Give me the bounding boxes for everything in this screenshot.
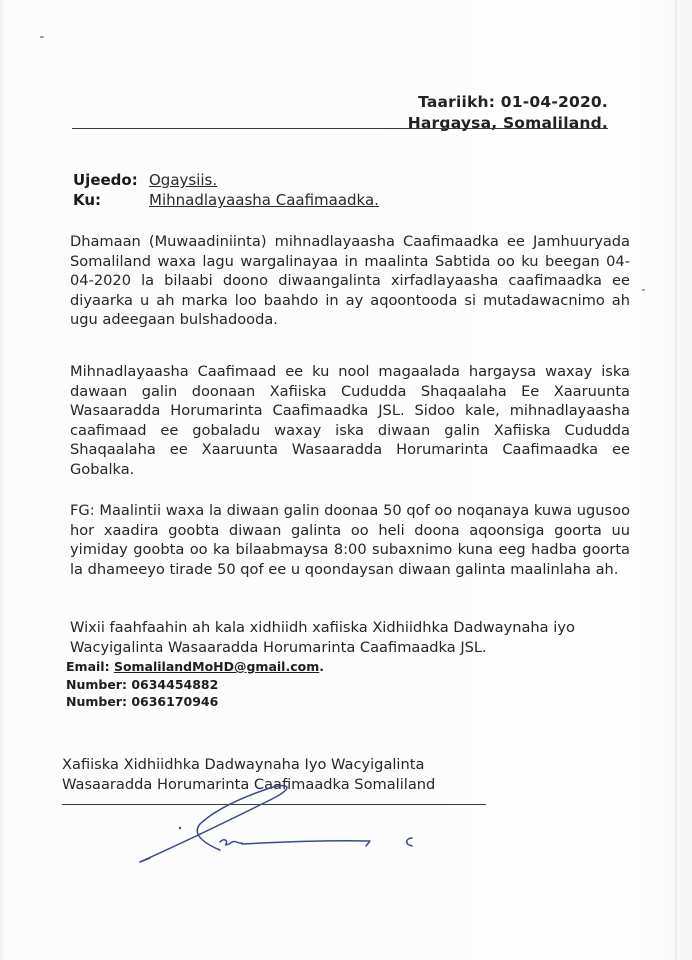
email-link[interactable]: SomalilandMoHD@gmail.com [114, 659, 319, 674]
phone-line: Number: 0636170946 [66, 693, 324, 711]
date-line: Taariikh: 01-04-2020. [408, 92, 608, 113]
body-paragraph-note: FG: Maalintii waxa la diwaan galin doona… [70, 501, 630, 579]
body-paragraph-registration-offices: Mihnadlayaasha Caafimaad ee ku nool maga… [70, 362, 630, 480]
scan-speck [642, 289, 645, 291]
recipient-row: Ku: Mihnadlayaasha Caafimaadka. [73, 190, 379, 210]
email-line: Email: SomalilandMoHD@gmail.com. [66, 658, 324, 676]
handwritten-signature-icon [120, 780, 440, 880]
email-label: Email: [66, 659, 110, 674]
phone-label: Number: [66, 694, 127, 709]
phone-label: Number: [66, 677, 127, 692]
body-paragraph-announcement: Dhamaan (Muwaadiniinta) mihnadlayaasha C… [70, 232, 630, 330]
recipient-value: Mihnadlayaasha Caafimaadka. [149, 190, 379, 210]
phone-number: 0634454882 [131, 677, 218, 692]
header-divider [72, 128, 608, 129]
phone-line: Number: 0634454882 [66, 676, 324, 694]
place-line: Hargaysa, Somaliland. [408, 113, 608, 134]
subject-value: Ogaysiis. [149, 170, 217, 190]
body-paragraph-contact-info: Wixii faahfaahin ah kala xidhiidh xafiis… [70, 618, 640, 657]
phone-number: 0636170946 [131, 694, 218, 709]
recipient-label: Ku: [73, 190, 149, 210]
scan-speck [40, 36, 44, 38]
email-suffix: . [319, 659, 324, 674]
office-name: Xafiiska Xidhiidhka Dadwaynaha Iyo Wacyi… [62, 755, 435, 775]
page-edge-shadow [675, 0, 677, 960]
contact-details: Email: SomalilandMoHD@gmail.com. Number:… [66, 658, 324, 711]
letter-meta: Ujeedo: Ogaysiis. Ku: Mihnadlayaasha Caa… [73, 170, 379, 210]
subject-row: Ujeedo: Ogaysiis. [73, 170, 379, 190]
scanned-letter-page: Taariikh: 01-04-2020. Hargaysa, Somalila… [0, 0, 692, 960]
subject-label: Ujeedo: [73, 170, 149, 190]
